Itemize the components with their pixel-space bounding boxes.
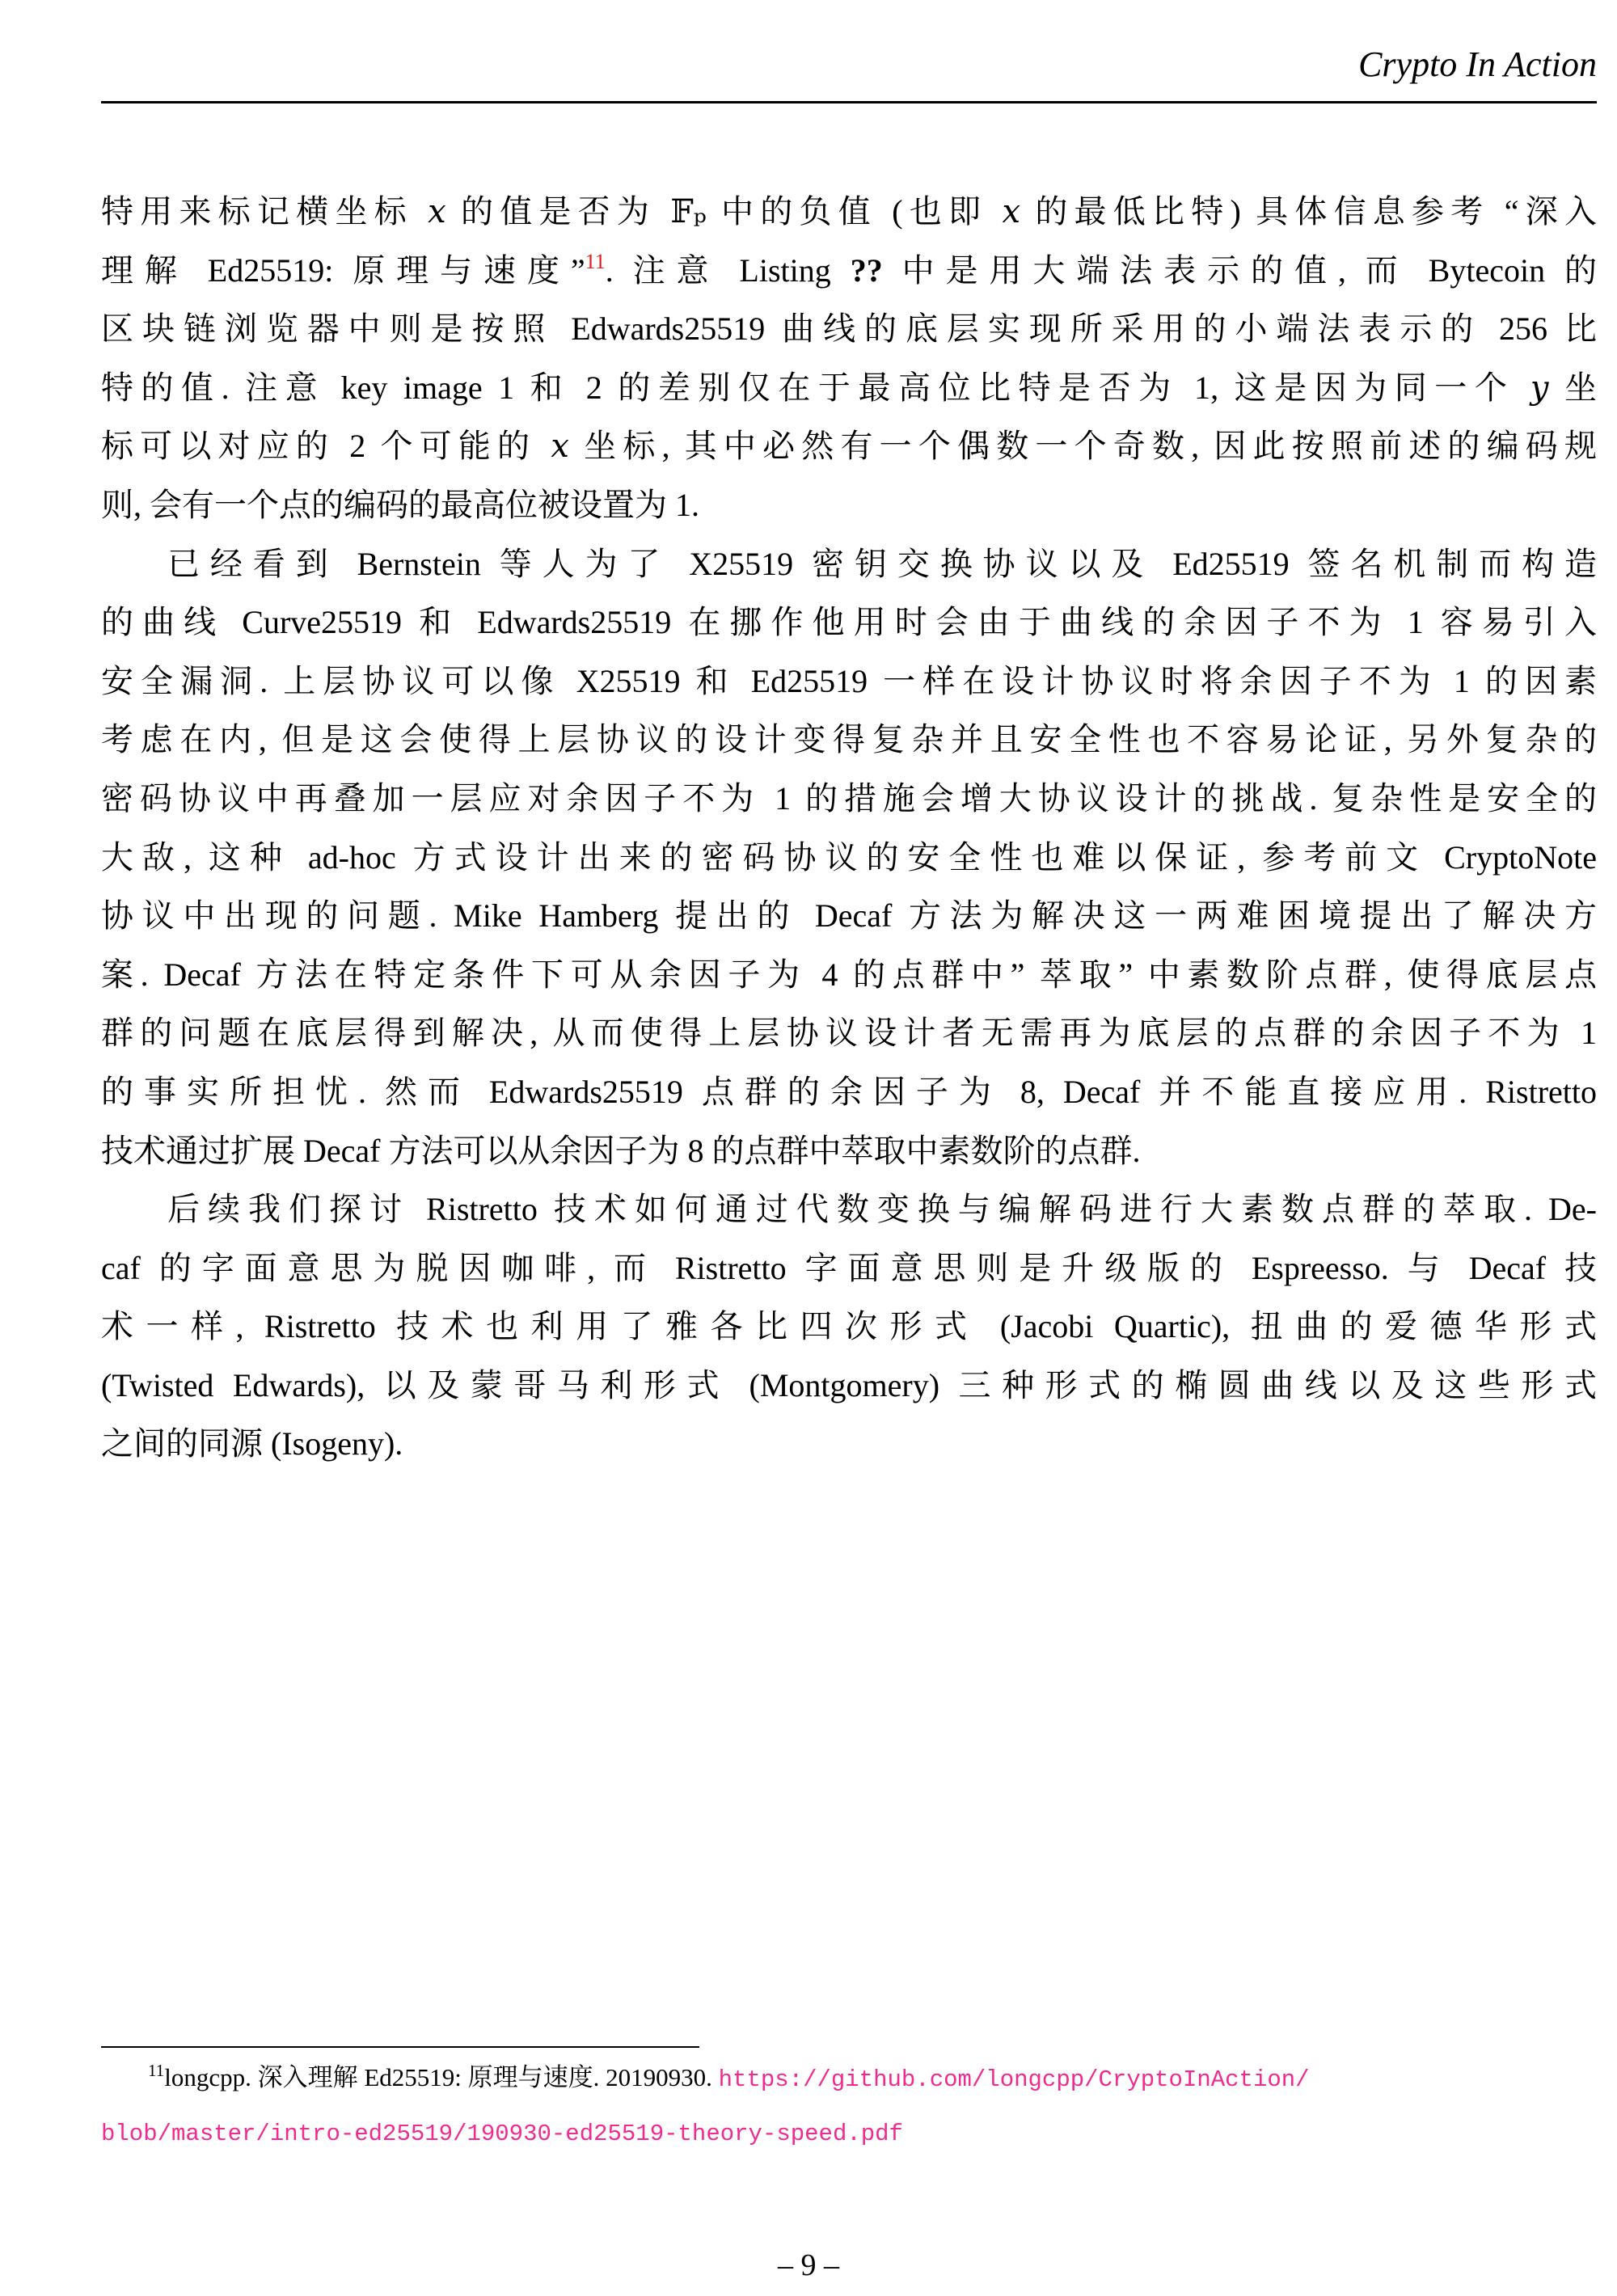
paragraph-1: 特用来标记横坐标 𝑥 的值是否为 𝔽ₚ 中的负值 (也即 𝑥 的最低比特) 具体… [101, 183, 1597, 535]
text-line: 区块链浏览器中则是按照 Edwards25519 曲线的底层实现所采用的小端法表… [101, 300, 1597, 359]
footnote-url-link[interactable]: blob/master/intro-ed25519/190930-ed25519… [101, 2121, 903, 2147]
footnote-rule [101, 2046, 699, 2048]
text-line: 协议中出现的问题. Mike Hamberg 提出的 Decaf 方法为解决这一… [101, 887, 1597, 946]
page-number: – 9 – [0, 2246, 1617, 2285]
text-line: 技术通过扩展 Decaf 方法可以从余因子为 8 的点群中萃取中素数阶的点群. [101, 1122, 1597, 1181]
text-line: 的事实所担忧. 然而 Edwards25519 点群的余因子为 8, Decaf… [101, 1063, 1597, 1122]
footnote-number: 11 [148, 2061, 164, 2080]
running-title: Crypto In Action [101, 42, 1597, 87]
footnote-line: 11longcpp. 深入理解 Ed25519: 原理与速度. 20190930… [101, 2052, 1597, 2106]
text-segment: 中是用大端法表示的值, 而 Bytecoin 的 [883, 252, 1597, 289]
text-line: 群的问题在底层得到解决, 从而使得上层协议设计者无需再为底层的点群的余因子不为 … [101, 1004, 1597, 1063]
footnote-url-link[interactable]: https://github.com/longcpp/CryptoInActio… [719, 2066, 1310, 2093]
text-line: 案. Decaf 方法在特定条件下可从余因子为 4 的点群中” 萃取” 中素数阶… [101, 946, 1597, 1005]
text-line: 大敌, 这种 ad-hoc 方式设计出来的密码协议的安全性也难以保证, 参考前文… [101, 829, 1597, 888]
text-line: 后续我们探讨 Ristretto 技术如何通过代数变换与编解码进行大素数点群的萃… [101, 1180, 1597, 1239]
document-page: Crypto In Action 特用来标记横坐标 𝑥 的值是否为 𝔽ₚ 中的负… [0, 0, 1617, 2296]
text-line: 特用来标记横坐标 𝑥 的值是否为 𝔽ₚ 中的负值 (也即 𝑥 的最低比特) 具体… [101, 183, 1597, 242]
text-line: 标可以对应的 2 个可能的 𝑥 坐标, 其中必然有一个偶数一个奇数, 因此按照前… [101, 417, 1597, 476]
text-line: 已经看到 Bernstein 等人为了 X25519 密钥交换协议以及 Ed25… [101, 535, 1597, 594]
text-line: 考虑在内, 但是这会使得上层协议的设计变得复杂并且安全性也不容易论证, 另外复杂… [101, 711, 1597, 770]
body-text: 特用来标记横坐标 𝑥 的值是否为 𝔽ₚ 中的负值 (也即 𝑥 的最低比特) 具体… [101, 183, 1597, 1474]
footnote-ref-link[interactable]: 11 [585, 250, 606, 273]
text-line: 密码协议中再叠加一层应对余因子不为 1 的措施会增大协议设计的挑战. 复杂性是安… [101, 770, 1597, 829]
footnote-line: blob/master/intro-ed25519/190930-ed25519… [101, 2106, 1597, 2160]
footnote: 11longcpp. 深入理解 Ed25519: 原理与速度. 20190930… [101, 2052, 1597, 2160]
text-line: 理解 Ed25519: 原理与速度”11. 注意 Listing ?? 中是用大… [101, 242, 1597, 301]
text-line: 之间的同源 (Isogeny). [101, 1415, 1597, 1474]
text-line: 则, 会有一个点的编码的最高位被设置为 1. [101, 476, 1597, 535]
footnote-citation-text: longcpp. 深入理解 Ed25519: 原理与速度. 20190930. [164, 2063, 718, 2091]
text-line: 安全漏洞. 上层协议可以像 X25519 和 Ed25519 一样在设计协议时将… [101, 652, 1597, 711]
text-line: 术一样, Ristretto 技术也利用了雅各比四次形式 (Jacobi Qua… [101, 1298, 1597, 1357]
paragraph-3: 后续我们探讨 Ristretto 技术如何通过代数变换与编解码进行大素数点群的萃… [101, 1180, 1597, 1474]
text-line: (Twisted Edwards), 以及蒙哥马利形式 (Montgomery)… [101, 1357, 1597, 1416]
text-segment: . 注意 Listing [606, 252, 851, 289]
text-segment: 理解 Ed25519: 原理与速度” [101, 252, 585, 289]
text-line: 的曲线 Curve25519 和 Edwards25519 在挪作他用时会由于曲… [101, 593, 1597, 652]
header-rule [101, 101, 1597, 103]
unresolved-reference: ?? [851, 252, 883, 289]
paragraph-2: 已经看到 Bernstein 等人为了 X25519 密钥交换协议以及 Ed25… [101, 535, 1597, 1181]
text-line: 特的值. 注意 key image 1 和 2 的差别仅在于最高位比特是否为 1… [101, 359, 1597, 418]
text-line: caf 的字面意思为脱因咖啡, 而 Ristretto 字面意思则是升级版的 E… [101, 1239, 1597, 1298]
